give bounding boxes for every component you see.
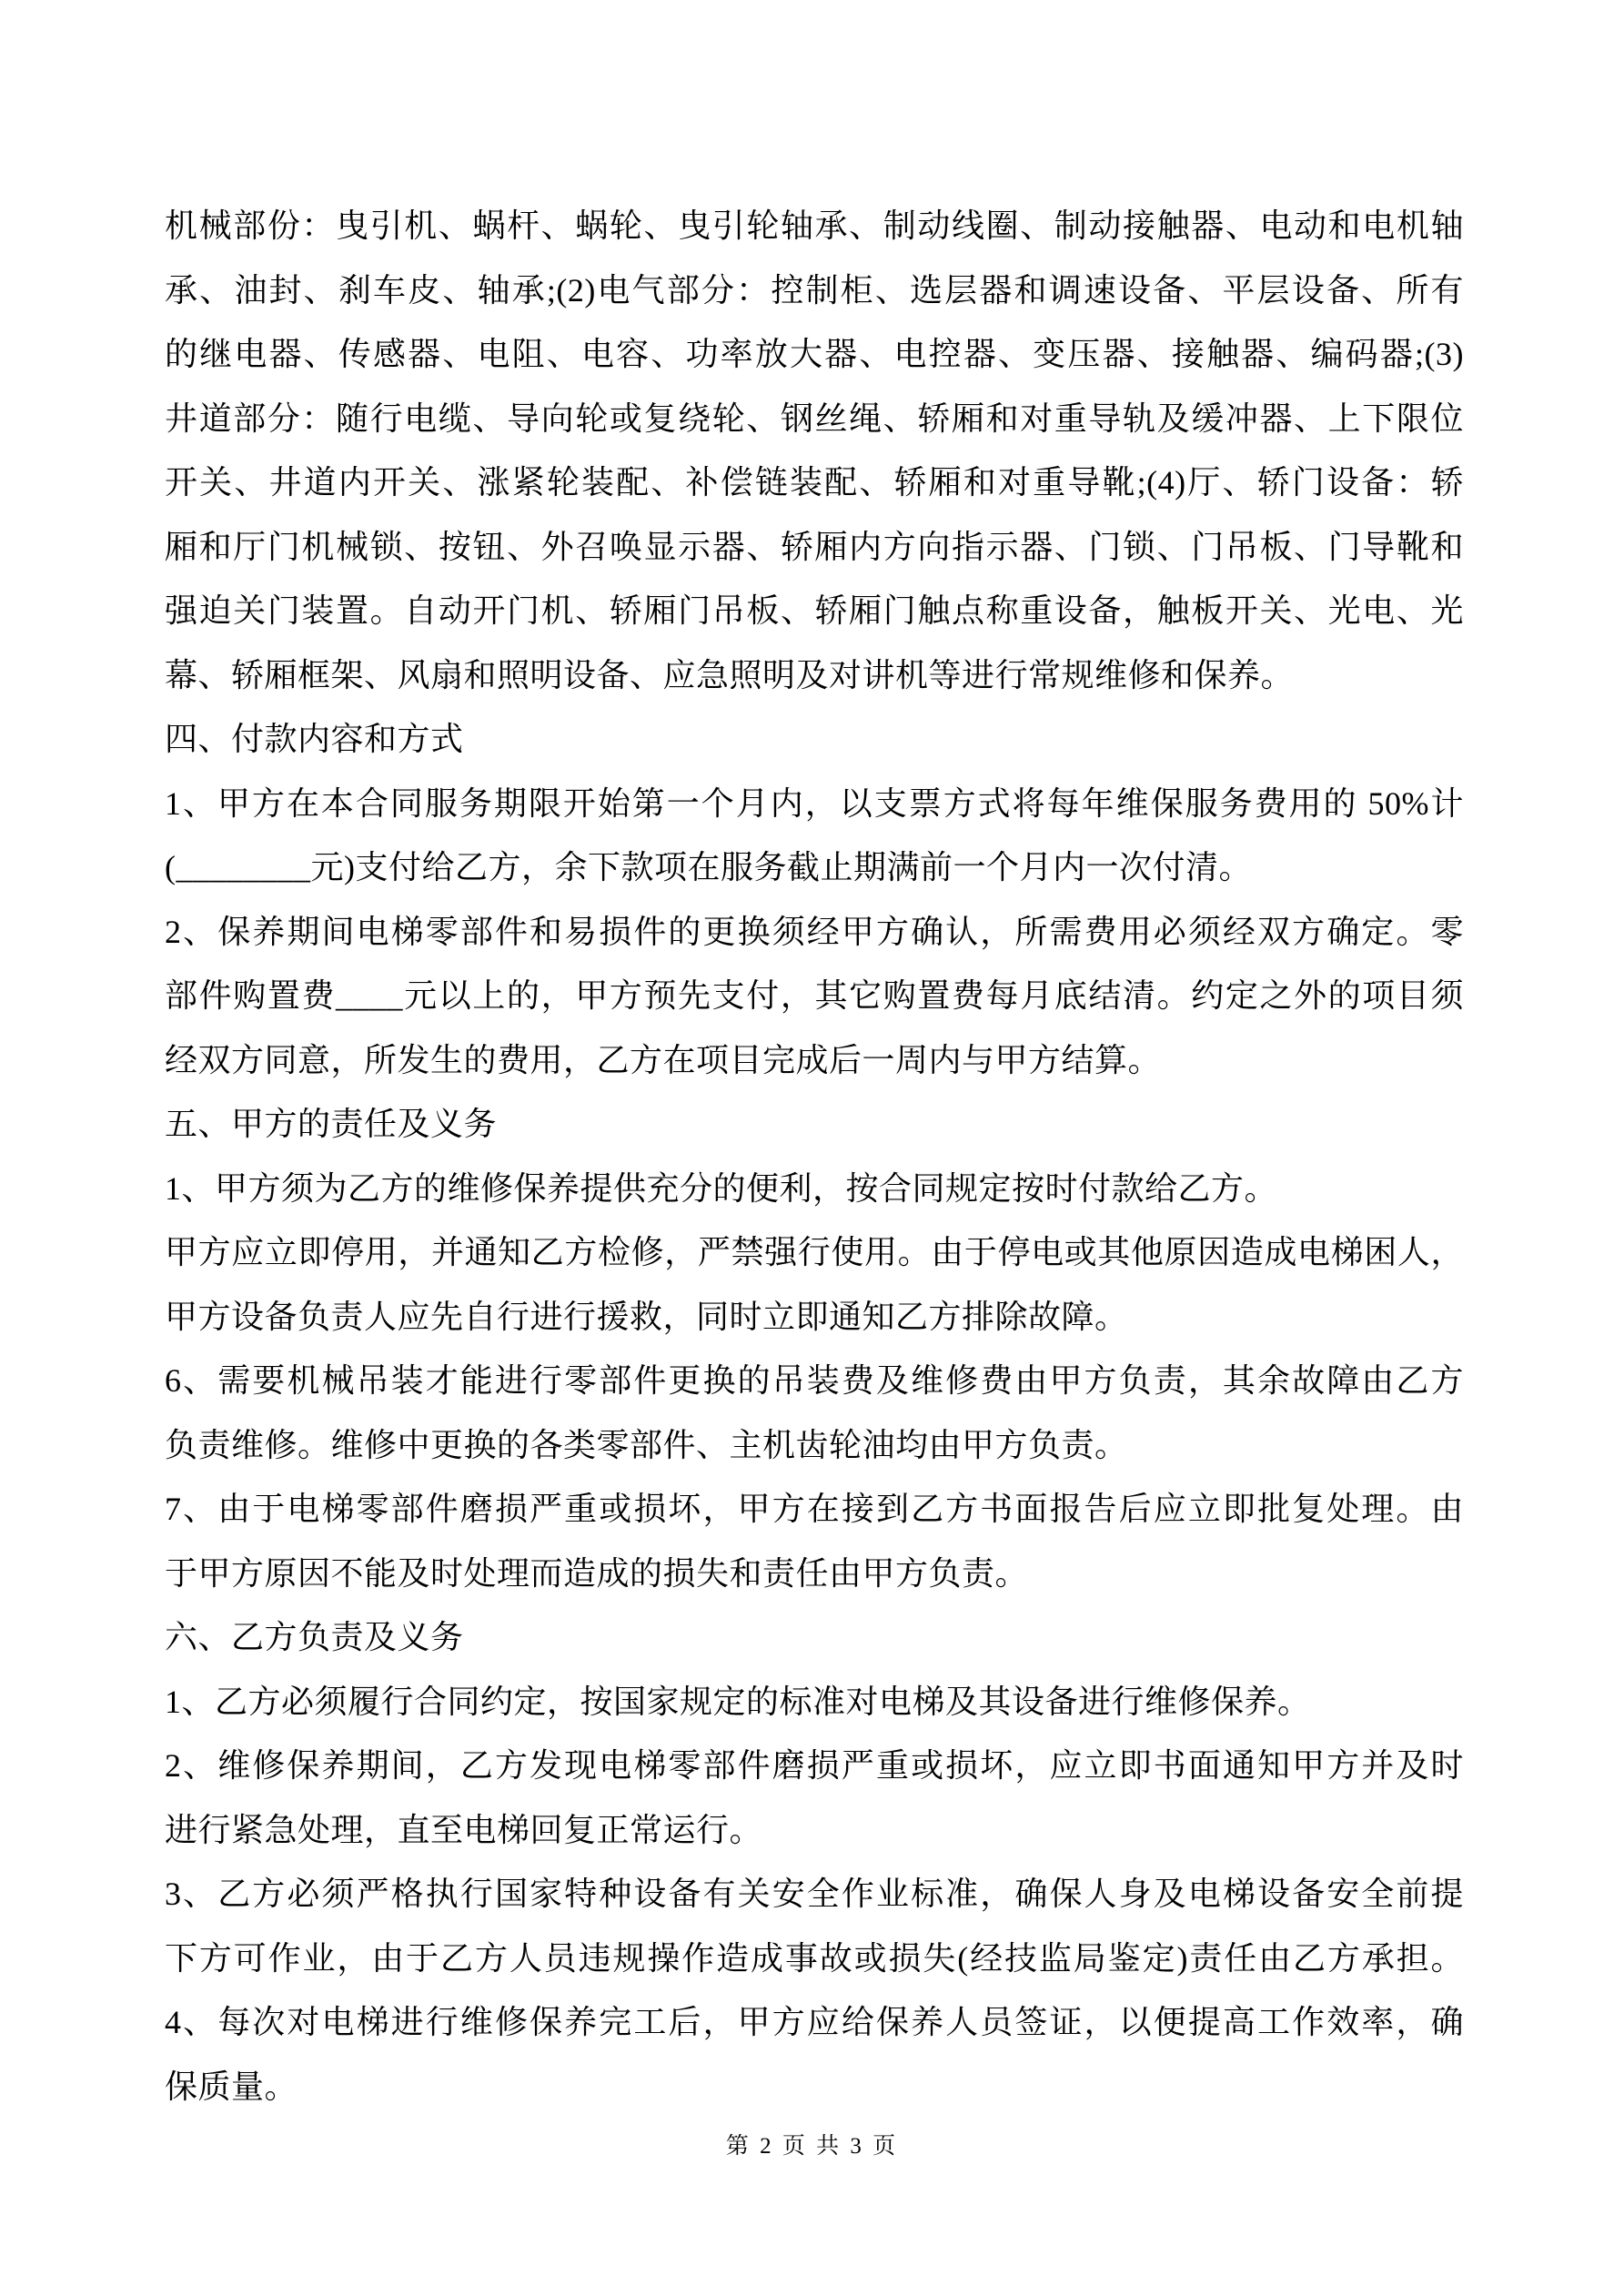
- text-line-20: 负责维修。维修中更换的各类零部件、主机齿轮油均由甲方负责。: [165, 1413, 1464, 1478]
- text-line-13: 部件购置费____元以上的，甲方预先支付，其它购置费每月底结清。约定之外的项目须: [165, 964, 1464, 1028]
- text-line-2: 承、油封、刹车皮、轴承;(2)电气部分：控制柜、选层器和调速设备、平层设备、所有: [165, 258, 1464, 323]
- text-line-25: 2、维修保养期间，乙方发现电梯零部件磨损严重或损坏，应立即书面通知甲方并及时: [165, 1734, 1464, 1798]
- text-line-7: 强迫关门装置。自动开门机、轿厢门吊板、轿厢门触点称重设备，触板开关、光电、光: [165, 579, 1464, 643]
- text-line-4: 井道部分：随行电缆、导向轮或复绕轮、钢丝绳、轿厢和对重导轨及缓冲器、上下限位: [165, 387, 1464, 451]
- text-line-18: 甲方设备负责人应先自行进行援救，同时立即通知乙方排除故障。: [165, 1285, 1464, 1350]
- page-number-footer: 第 2 页 共 3 页: [0, 2128, 1624, 2160]
- text-line-8: 幕、轿厢框架、风扇和照明设备、应急照明及对讲机等进行常规维修和保养。: [165, 643, 1464, 708]
- text-line-16: 1、甲方须为乙方的维修保养提供充分的便利，按合同规定按时付款给乙方。: [165, 1157, 1464, 1221]
- text-line-24: 1、乙方必须履行合同约定，按国家规定的标准对电梯及其设备进行维修保养。: [165, 1670, 1464, 1735]
- text-line-10: 1、甲方在本合同服务期限开始第一个月内，以支票方式将每年维保服务费用的 50%计: [165, 772, 1464, 836]
- text-line-6: 厢和厅门机械锁、按钮、外召唤显示器、轿厢内方向指示器、门锁、门吊板、门导靴和: [165, 515, 1464, 580]
- text-line-27: 3、乙方必须严格执行国家特种设备有关安全作业标准，确保人身及电梯设备安全前提: [165, 1862, 1464, 1927]
- contract-page: 机械部份：曳引机、蜗杆、蜗轮、曳引轮轴承、制动线圈、制动接触器、电动和电机轴承、…: [0, 0, 1624, 2296]
- text-line-5: 开关、井道内开关、涨紧轮装配、补偿链装配、轿厢和对重导靴;(4)厅、轿门设备：轿: [165, 450, 1464, 515]
- text-line-23: 六、乙方负责及义务: [165, 1605, 1464, 1670]
- text-line-9: 四、付款内容和方式: [165, 707, 1464, 772]
- document-body: 机械部份：曳引机、蜗杆、蜗轮、曳引轮轴承、制动线圈、制动接触器、电动和电机轴承、…: [165, 194, 1464, 2119]
- text-line-15: 五、甲方的责任及义务: [165, 1092, 1464, 1157]
- text-line-21: 7、由于电梯零部件磨损严重或损坏，甲方在接到乙方书面报告后应立即批复处理。由: [165, 1477, 1464, 1542]
- text-line-30: 保质量。: [165, 2055, 1464, 2119]
- text-line-14: 经双方同意，所发生的费用，乙方在项目完成后一周内与甲方结算。: [165, 1028, 1464, 1093]
- text-line-26: 进行紧急处理，直至电梯回复正常运行。: [165, 1798, 1464, 1863]
- text-line-29: 4、每次对电梯进行维修保养完工后，甲方应给保养人员签证，以便提高工作效率，确: [165, 1990, 1464, 2055]
- text-line-22: 于甲方原因不能及时处理而造成的损失和责任由甲方负责。: [165, 1542, 1464, 1606]
- text-line-17: 甲方应立即停用，并通知乙方检修，严禁强行使用。由于停电或其他原因造成电梯困人，: [165, 1220, 1464, 1285]
- text-line-1: 机械部份：曳引机、蜗杆、蜗轮、曳引轮轴承、制动线圈、制动接触器、电动和电机轴: [165, 194, 1464, 258]
- text-line-19: 6、需要机械吊装才能进行零部件更换的吊装费及维修费由甲方负责，其余故障由乙方: [165, 1349, 1464, 1413]
- text-line-28: 下方可作业，由于乙方人员违规操作造成事故或损失(经技监局鉴定)责任由乙方承担。: [165, 1927, 1464, 1991]
- text-line-11: (________元)支付给乙方，余下款项在服务截止期满前一个月内一次付清。: [165, 835, 1464, 900]
- text-line-3: 的继电器、传感器、电阻、电容、功率放大器、电控器、变压器、接触器、编码器;(3): [165, 322, 1464, 387]
- text-line-12: 2、保养期间电梯零部件和易损件的更换须经甲方确认，所需费用必须经双方确定。零: [165, 900, 1464, 965]
